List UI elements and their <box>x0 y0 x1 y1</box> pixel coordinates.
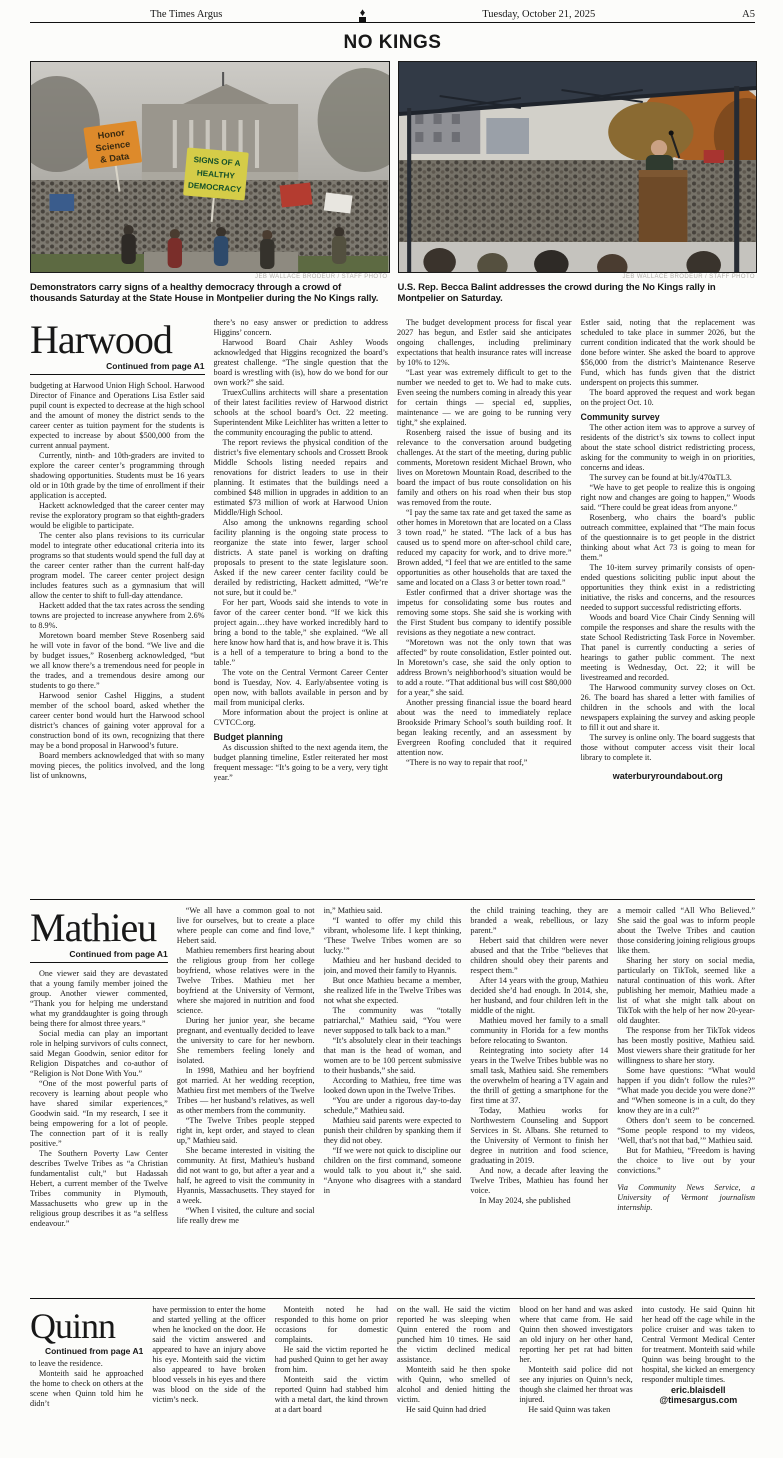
section-divider <box>30 1298 755 1299</box>
paragraph: Via Community News Service, a University… <box>617 1183 755 1213</box>
paragraph: Others don’t seem to be concerned. “Some… <box>617 1116 755 1146</box>
paragraph: eric.blaisdell <box>642 1385 755 1395</box>
paragraph: Rosenberg raised the issue of busing and… <box>397 428 572 508</box>
subheading: Budget planning <box>214 732 389 742</box>
paragraph: Rosenberg, who chairs the board’s public… <box>581 513 756 563</box>
paragraph: Monteith said he then spoke with Quinn, … <box>397 1365 510 1405</box>
paragraph: The Harwood community survey closes on O… <box>581 683 756 733</box>
left-photo-credit: JEB WALLACE BRODEUR / STAFF PHOTO <box>30 274 388 280</box>
photo-row: Honor Science & Data SIGNS OF A HEALTHY … <box>30 61 755 304</box>
quinn-column-2: have permission to enter the home and st… <box>152 1305 265 1405</box>
right-photo <box>398 61 758 273</box>
quinn-column-3: Monteith noted he had responded to this … <box>275 1305 388 1415</box>
paragraph: TruexCullins architects will share a pre… <box>214 388 389 438</box>
mathieu-column-5: a memoir called “All Who Believed.” She … <box>617 906 755 1213</box>
paragraph: a memoir called “All Who Believed.” She … <box>617 906 755 956</box>
paragraph: “One of the most powerful parts of recov… <box>30 1079 168 1149</box>
mathieu-continued-line: Continued from page A1 <box>30 949 168 959</box>
subheading: Community survey <box>581 412 756 422</box>
paragraph: “We all have a common goal to not live f… <box>177 906 315 946</box>
paragraph: But for Mathieu, “Freedom is having the … <box>617 1146 755 1176</box>
protest-sign-white <box>324 192 353 213</box>
paragraph: And now, a decade after leaving the Twel… <box>470 1166 608 1196</box>
page-header: The Times Argus ♦ Tuesday, October 21, 2… <box>30 3 755 20</box>
paragraph: blood on her hand and was asked where th… <box>519 1305 632 1365</box>
paragraph: He said the victim reported he had pushe… <box>275 1345 388 1375</box>
paragraph: Mathieu and her husband decided to join,… <box>324 956 462 976</box>
paragraph: The response from her TikTok videos has … <box>617 1026 755 1066</box>
harwood-column-2: there’s no easy answer or prediction to … <box>214 318 389 783</box>
paragraph: budgeting at Harwood Union High School. … <box>30 381 205 451</box>
section-divider <box>30 899 755 900</box>
quinn-column-1: to leave the residence.Monteith said he … <box>30 1359 143 1409</box>
section-title: NO KINGS <box>30 32 755 54</box>
paragraph: During her junior year, she became pregn… <box>177 1016 315 1066</box>
harwood-headline-block: Harwood Continued from page A1 <box>30 320 205 375</box>
paragraph: More information about the project is on… <box>214 708 389 728</box>
mathieu-column-1: One viewer said they are devastated that… <box>30 969 168 1229</box>
paragraph: She became interested in visiting the co… <box>177 1146 315 1206</box>
article-quinn: Quinn Continued from page A1 to leave th… <box>30 1305 755 1435</box>
paragraph: The center also plans revisions to its c… <box>30 531 205 601</box>
foreground-heads <box>423 248 721 273</box>
paragraph: Monteith noted he had responded to this … <box>275 1305 388 1345</box>
paragraph: “There is no way to repair that roof,” <box>397 758 572 768</box>
crowd-texture <box>399 160 757 242</box>
paragraph: @timesargus.com <box>642 1395 755 1405</box>
quinn-headline-block: Quinn Continued from page A1 <box>30 1307 143 1356</box>
paragraph: to leave the residence. <box>30 1359 143 1369</box>
paragraph: After 14 years with the group, Mathieu d… <box>470 976 608 1016</box>
paragraph: “We have to get people to realize this i… <box>581 483 756 513</box>
paragraph: As discussion shifted to the next agenda… <box>214 743 389 783</box>
paragraph: Board members acknowledged that with so … <box>30 751 205 781</box>
page-number: A5 <box>695 9 755 20</box>
paragraph: Today, Mathieu works for Northwestern Co… <box>470 1106 608 1166</box>
paragraph: Woods and board Vice Chair Cindy Senning… <box>581 613 756 683</box>
harwood-column-1: budgeting at Harwood Union High School. … <box>30 381 205 781</box>
harwood-headline: Harwood <box>30 320 205 360</box>
harwood-column-4: Estler said, noting that the replacement… <box>581 318 756 781</box>
paragraph: In May 2024, she published <box>470 1196 608 1206</box>
paragraph: The budget development process for fisca… <box>397 318 572 368</box>
paragraph: the child training teaching, they are br… <box>470 906 608 936</box>
paragraph: “When I visited, the culture and social … <box>177 1206 315 1226</box>
paragraph: “I wanted to offer my child this vibrant… <box>324 916 462 956</box>
paragraph: The report reviews the physical conditio… <box>214 438 389 518</box>
paragraph: Currently, ninth- and 10th-graders are i… <box>30 451 205 501</box>
article-harwood: Harwood Continued from page A1 budgeting… <box>30 318 755 892</box>
paragraph: The 10-item survey primarily consists of… <box>581 563 756 613</box>
paragraph: Reintegrating into society after 14 year… <box>470 1046 608 1106</box>
paragraph: According to Mathieu, free time was look… <box>324 1076 462 1096</box>
mathieu-column-4: the child training teaching, they are br… <box>470 906 608 1206</box>
masthead: The Times Argus <box>30 9 343 20</box>
paragraph: He said Quinn was taken <box>519 1405 632 1415</box>
protest-sign-red <box>280 182 313 207</box>
flag <box>703 150 723 163</box>
quinn-column-6: into custody. He said Quinn hit her head… <box>642 1305 755 1405</box>
paragraph: Social media can play an important role … <box>30 1029 168 1079</box>
paragraph: there’s no easy answer or prediction to … <box>214 318 389 338</box>
paragraph: The vote on the Central Vermont Career C… <box>214 668 389 708</box>
paragraph: The other action item was to approve a s… <box>581 423 756 473</box>
paragraph: The survey can be found at bit.ly/470aTL… <box>581 473 756 483</box>
protest-sign-blue <box>49 194 74 211</box>
paragraph: The community was “totally patriarchal,”… <box>324 1006 462 1036</box>
right-photo-caption: U.S. Rep. Becca Balint addresses the cro… <box>398 282 756 304</box>
header-rule <box>30 22 755 23</box>
paragraph: Moretown board member Steve Rosenberg sa… <box>30 631 205 691</box>
mathieu-column-2: “We all have a common goal to not live f… <box>177 906 315 1226</box>
paragraph: Sharing her story on social media, parti… <box>617 956 755 1026</box>
paragraph: Hackett added that the tax rates across … <box>30 601 205 631</box>
harwood-column-3: The budget development process for fisca… <box>397 318 572 768</box>
paragraph: The survey is online only. The board sug… <box>581 733 756 763</box>
paragraph: Hebert said that children were never abu… <box>470 936 608 976</box>
mathieu-headline-block: Mathieu Continued from page A1 <box>30 908 168 963</box>
paragraph: But once Mathieu became a member, she re… <box>324 976 462 1006</box>
paragraph: In 1998, Mathieu and her boyfriend got m… <box>177 1066 315 1116</box>
paragraph: into custody. He said Quinn hit her head… <box>642 1305 755 1385</box>
quinn-column-5: blood on her hand and was asked where th… <box>519 1305 632 1415</box>
quinn-column-4: on the wall. He said the victim reported… <box>397 1305 510 1415</box>
paragraph: Harwood senior Cashel Higgins, a student… <box>30 691 205 751</box>
paragraph: Monteith said the victim reported Quinn … <box>275 1375 388 1415</box>
headline-rule <box>30 962 168 963</box>
paragraph: He said Quinn had dried <box>397 1405 510 1415</box>
paragraph: Harwood Board Chair Ashley Woods acknowl… <box>214 338 389 388</box>
paragraph: For her part, Woods said she intends to … <box>214 598 389 668</box>
paragraph: waterburyroundabout.org <box>581 771 756 781</box>
paragraph: Estler said, noting that the replacement… <box>581 318 756 388</box>
paragraph: Estler confirmed that a driver shortage … <box>397 588 572 638</box>
quinn-continued-line: Continued from page A1 <box>30 1346 143 1356</box>
masthead-ornament-icon: ♦ <box>343 9 383 22</box>
paragraph: “I pay the same tax rate and get taxed t… <box>397 508 572 588</box>
quinn-headline: Quinn <box>30 1307 143 1345</box>
right-photo-figure: JEB WALLACE BRODEUR / STAFF PHOTO U.S. R… <box>398 61 756 304</box>
paragraph: “The Twelve Tribes people stepped right … <box>177 1116 315 1146</box>
harwood-continued-line: Continued from page A1 <box>30 361 205 371</box>
left-photo-figure: Honor Science & Data SIGNS OF A HEALTHY … <box>30 61 388 304</box>
paragraph: Mathieu moved her family to a small comm… <box>470 1016 608 1046</box>
left-photo-caption: Demonstrators carry signs of a healthy d… <box>30 282 388 304</box>
paragraph: Hackett acknowledged that the career cen… <box>30 501 205 531</box>
paragraph: “Last year was extremely difficult to ge… <box>397 368 572 428</box>
paragraph: “You are under a rigorous day-to-day sch… <box>324 1096 462 1116</box>
paragraph: in,” Mathieu said. <box>324 906 462 916</box>
paragraph: Some have questions: “What would happen … <box>617 1066 755 1116</box>
paragraph: have permission to enter the home and st… <box>152 1305 265 1405</box>
newspaper-page: The Times Argus ♦ Tuesday, October 21, 2… <box>0 0 783 1458</box>
paragraph: “It’s absolutely clear in their teaching… <box>324 1036 462 1076</box>
paragraph: One viewer said they are devastated that… <box>30 969 168 1029</box>
mathieu-column-3: in,” Mathieu said.“I wanted to offer my … <box>324 906 462 1196</box>
paragraph: The board approved the request and work … <box>581 388 756 408</box>
paragraph: Mathieu remembers first hearing about th… <box>177 946 315 1016</box>
paragraph: “If we were not quick to discipline our … <box>324 1146 462 1196</box>
article-mathieu: Mathieu Continued from page A1 One viewe… <box>30 906 755 1291</box>
paragraph: on the wall. He said the victim reported… <box>397 1305 510 1365</box>
right-photo-credit: JEB WALLACE BRODEUR / STAFF PHOTO <box>398 274 756 280</box>
paragraph: “Moretown was not the only town that was… <box>397 638 572 698</box>
paragraph: Another pressing financial issue the boa… <box>397 698 572 758</box>
paragraph: Monteith said he approached the home to … <box>30 1369 143 1409</box>
page-date: Tuesday, October 21, 2025 <box>383 9 696 20</box>
paragraph: Mathieu said parents were expected to pu… <box>324 1116 462 1146</box>
left-photo: Honor Science & Data SIGNS OF A HEALTHY … <box>30 61 390 273</box>
paragraph: The Southern Poverty Law Center describe… <box>30 1149 168 1229</box>
mathieu-headline: Mathieu <box>30 908 168 948</box>
paragraph: Also among the unknowns regarding school… <box>214 518 389 598</box>
paragraph: Monteith said police did not see any inj… <box>519 1365 632 1405</box>
headline-rule <box>30 374 205 375</box>
